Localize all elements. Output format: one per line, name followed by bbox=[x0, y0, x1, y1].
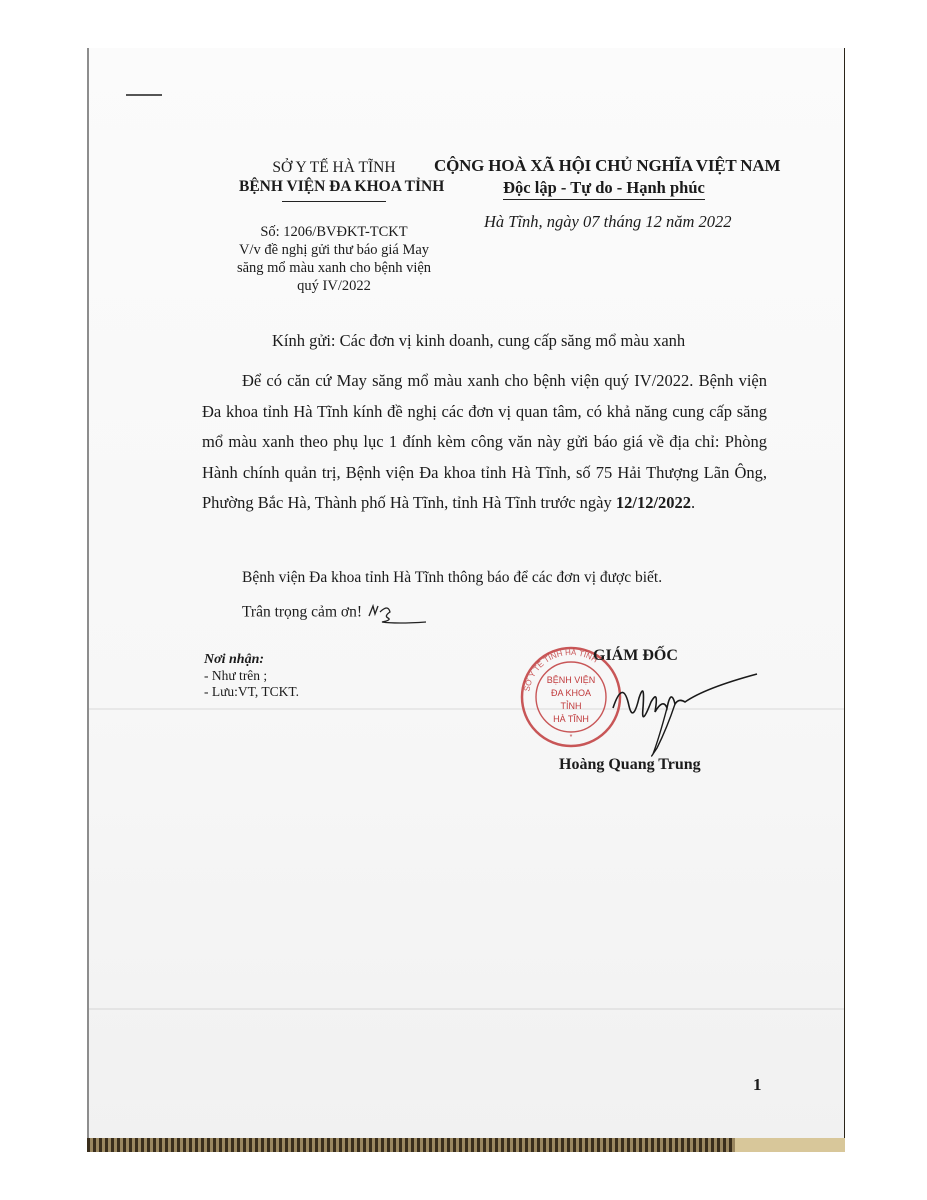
margin-mark bbox=[126, 94, 162, 96]
notice-paragraph: Bệnh viện Đa khoa tỉnh Hà Tĩnh thông báo… bbox=[242, 569, 662, 587]
distribution-title: Nơi nhận: bbox=[204, 652, 299, 668]
recipient-line: Kính gửi: Các đơn vị kinh doanh, cung cấ… bbox=[272, 331, 685, 351]
svg-text:BỆNH VIỆN: BỆNH VIỆN bbox=[547, 675, 596, 685]
document-photo: SỞ Y TẾ HÀ TĨNH BỆNH VIỆN ĐA KHOA TỈNH S… bbox=[87, 48, 845, 1152]
paragraph-text: Để có căn cứ May săng mổ màu xanh cho bệ… bbox=[202, 371, 767, 512]
subject-line: quý IV/2022 bbox=[224, 277, 444, 295]
distribution-item: - Lưu:VT, TCKT. bbox=[204, 684, 299, 700]
deadline-date: 12/12/2022 bbox=[616, 493, 691, 512]
svg-text:TỈNH: TỈNH bbox=[561, 700, 582, 711]
handwritten-signature-icon bbox=[609, 668, 759, 758]
issuing-agency-header: SỞ Y TẾ HÀ TĨNH BỆNH VIỆN ĐA KHOA TỈNH bbox=[239, 158, 429, 202]
svg-text:*: * bbox=[570, 734, 573, 741]
document-reference: Số: 1206/BVĐKT-TCKT V/v đề nghị gửi thư … bbox=[224, 223, 444, 295]
national-header: CỘNG HOÀ XÃ HỘI CHỦ NGHĨA VIỆT NAM Độc l… bbox=[434, 155, 774, 200]
fold-line bbox=[89, 1008, 844, 1010]
signatory-title: GIÁM ĐỐC bbox=[593, 647, 678, 665]
photo-background-edge bbox=[87, 1138, 845, 1152]
svg-text:ĐA KHOA: ĐA KHOA bbox=[551, 688, 591, 698]
initials-mark-icon bbox=[366, 602, 436, 624]
signatory-name: Hoàng Quang Trung bbox=[559, 756, 701, 774]
motto: Độc lập - Tự do - Hạnh phúc bbox=[503, 177, 705, 200]
organization-name: BỆNH VIỆN ĐA KHOA TỈNH bbox=[239, 177, 429, 196]
document-number: Số: 1206/BVĐKT-TCKT bbox=[224, 223, 444, 241]
svg-text:HÀ TĨNH: HÀ TĨNH bbox=[553, 714, 589, 724]
subject-line: săng mổ màu xanh cho bệnh viện bbox=[224, 259, 444, 277]
closing-text: Trân trọng cảm ơn! bbox=[242, 604, 362, 621]
closing-line: Trân trọng cảm ơn! bbox=[242, 602, 436, 624]
national-title: CỘNG HOÀ XÃ HỘI CHỦ NGHĨA VIỆT NAM bbox=[434, 155, 774, 177]
paper-sheet: SỞ Y TẾ HÀ TĨNH BỆNH VIỆN ĐA KHOA TỈNH S… bbox=[87, 48, 844, 1140]
department-name: SỞ Y TẾ HÀ TĨNH bbox=[239, 158, 429, 177]
distribution-list: Nơi nhận: - Như trên ; - Lưu:VT, TCKT. bbox=[204, 652, 299, 700]
subject-line: V/v đề nghị gửi thư báo giá May bbox=[224, 241, 444, 259]
body-paragraph: Để có căn cứ May săng mổ màu xanh cho bệ… bbox=[202, 366, 767, 519]
place-date: Hà Tĩnh, ngày 07 tháng 12 năm 2022 bbox=[484, 212, 732, 232]
svg-text:SỞ Y TẾ TỈNH HÀ TĨNH: SỞ Y TẾ TỈNH HÀ TĨNH bbox=[522, 648, 599, 692]
header-underline bbox=[282, 201, 386, 202]
distribution-item: - Như trên ; bbox=[204, 668, 299, 684]
page-number: 1 bbox=[753, 1075, 762, 1095]
